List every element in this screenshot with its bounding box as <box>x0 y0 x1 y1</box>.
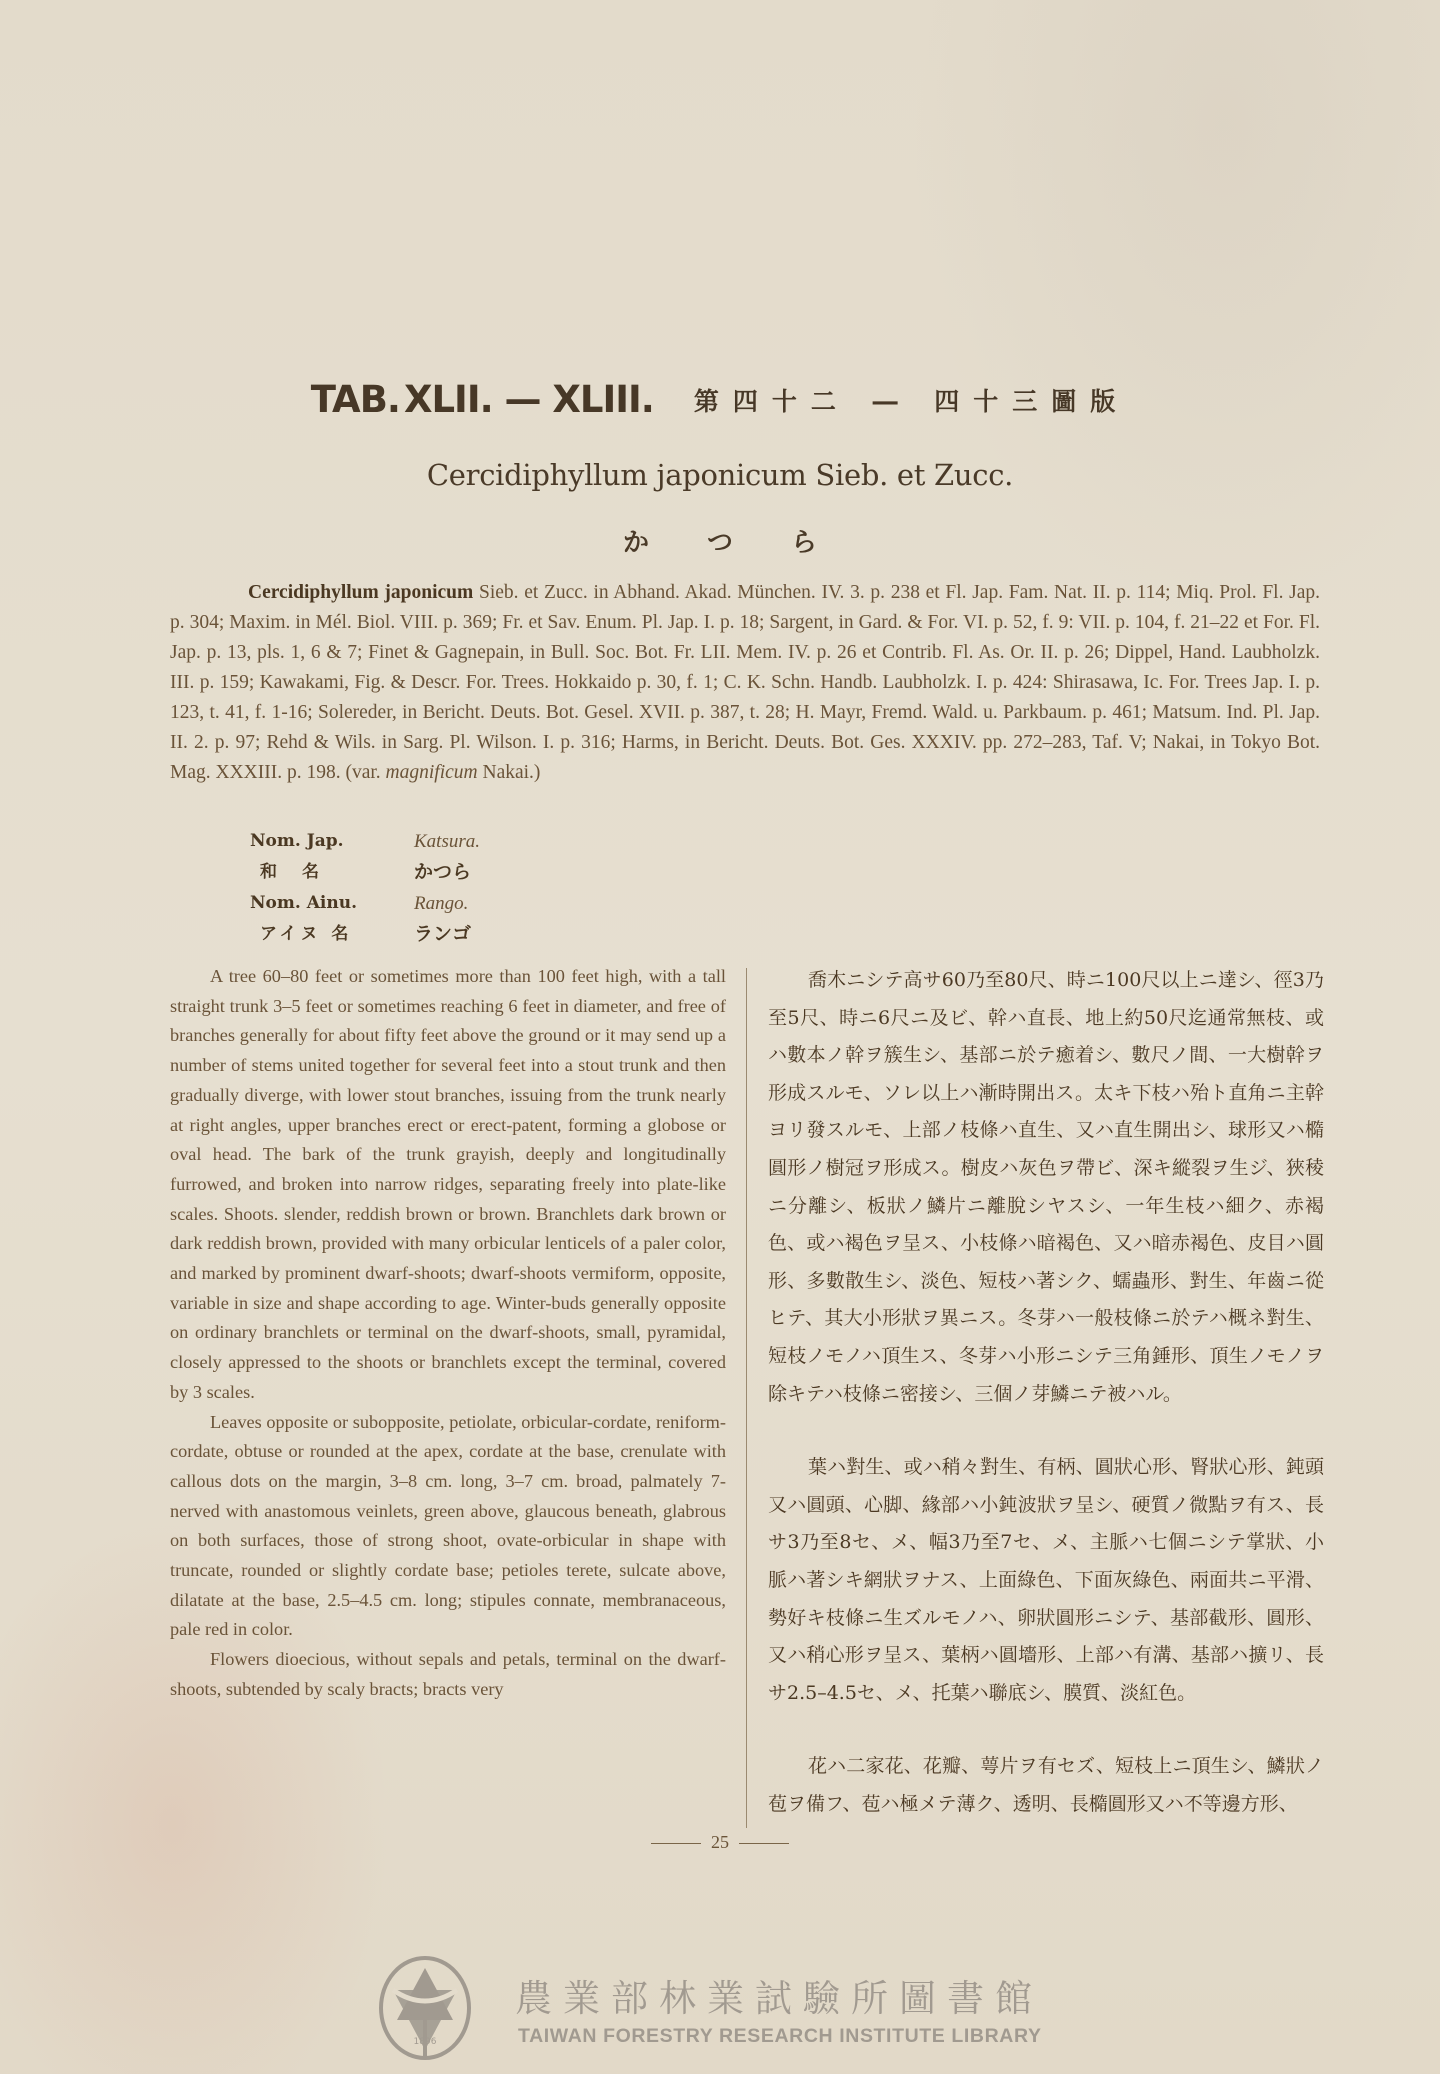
page-number-rule-left <box>651 1843 701 1844</box>
japanese-common-name-title: かつら <box>0 522 1440 559</box>
library-name-chinese: 農業部林業試驗所圖書館 <box>515 1968 1043 2022</box>
varietal-name: magnificum <box>386 762 478 783</box>
plate-heading-japanese: 第四十二 ― 四十三圖版 <box>694 387 1129 416</box>
nomen-value: かつら <box>414 857 614 888</box>
svg-text:1896: 1896 <box>414 2037 437 2047</box>
nomen-value: Rango. <box>414 888 614 919</box>
nomen-value: Katsura. <box>414 826 614 857</box>
nomen-label: 和 名 <box>250 857 414 888</box>
library-watermark: 1896 農業部林業試驗所圖書館 TAIWAN FORESTRY RESEARC… <box>375 1950 1075 2070</box>
institute-logo-icon: 1896 <box>375 1950 475 2070</box>
nomen-label: Nom. Jap. <box>250 826 414 857</box>
description-paragraph-flowers: Flowers dioecious, without sepals and pe… <box>170 1645 726 1704</box>
column-divider <box>746 968 747 1828</box>
page-number: 25 <box>0 1832 1440 1853</box>
japanese-paragraph-leaves: 葉ハ對生、或ハ稍々對生、有柄、圓狀心形、腎狀心形、鈍頭又ハ圓頭、心脚、緣部ハ小鈍… <box>768 1449 1324 1712</box>
library-name-english: TAIWAN FORESTRY RESEARCH INSTITUTE LIBRA… <box>518 2025 1042 2048</box>
description-paragraph-habit: A tree 60–80 feet or sometimes more than… <box>170 962 726 1408</box>
nomen-label: アイヌ 名 <box>250 919 414 950</box>
synonymy-citations: Sieb. et Zucc. in Abhand. Akad. München.… <box>170 582 1320 783</box>
page-number-value: 25 <box>711 1832 729 1852</box>
japanese-paragraph-habit: 喬木ニシテ高サ60乃至80尺、時ニ100尺以上ニ達シ、徑3乃至5尺、時ニ6尺ニ及… <box>768 962 1324 1413</box>
plate-heading: TAB. XLII. — XLIII. 第四十二 ― 四十三圖版 <box>0 378 1440 421</box>
japanese-description-column: 喬木ニシテ高サ60乃至80尺、時ニ100尺以上ニ達シ、徑3乃至5尺、時ニ6尺ニ及… <box>768 962 1324 1859</box>
species-name-bold: Cercidiphyllum japonicum <box>248 582 473 603</box>
synonymy-references: Cercidiphyllum japonicum Sieb. et Zucc. … <box>170 578 1320 788</box>
species-title: Cercidiphyllum japonicum Sieb. et Zucc. <box>0 458 1440 492</box>
english-description-column: A tree 60–80 feet or sometimes more than… <box>170 962 726 1705</box>
plate-numbers: XLII. — XLIII. <box>404 378 654 421</box>
nomen-label: Nom. Ainu. <box>250 888 414 919</box>
varietal-author: Nakai.) <box>483 762 541 783</box>
nomen-value: ランゴ <box>414 919 614 950</box>
nomenclature-table: Nom. Jap. Katsura. 和 名 かつら Nom. Ainu. Ra… <box>250 826 614 950</box>
description-paragraph-leaves: Leaves opposite or subopposite, petiolat… <box>170 1408 726 1646</box>
japanese-paragraph-flowers: 花ハ二家花、花瓣、萼片ヲ有セズ、短枝上ニ頂生シ、鱗狀ノ苞ヲ備フ、苞ハ極メテ薄ク、… <box>768 1748 1324 1823</box>
plate-prefix: TAB. <box>311 378 400 421</box>
document-page: TAB. XLII. — XLIII. 第四十二 ― 四十三圖版 Cercidi… <box>0 0 1440 2074</box>
page-number-rule-right <box>739 1843 789 1844</box>
